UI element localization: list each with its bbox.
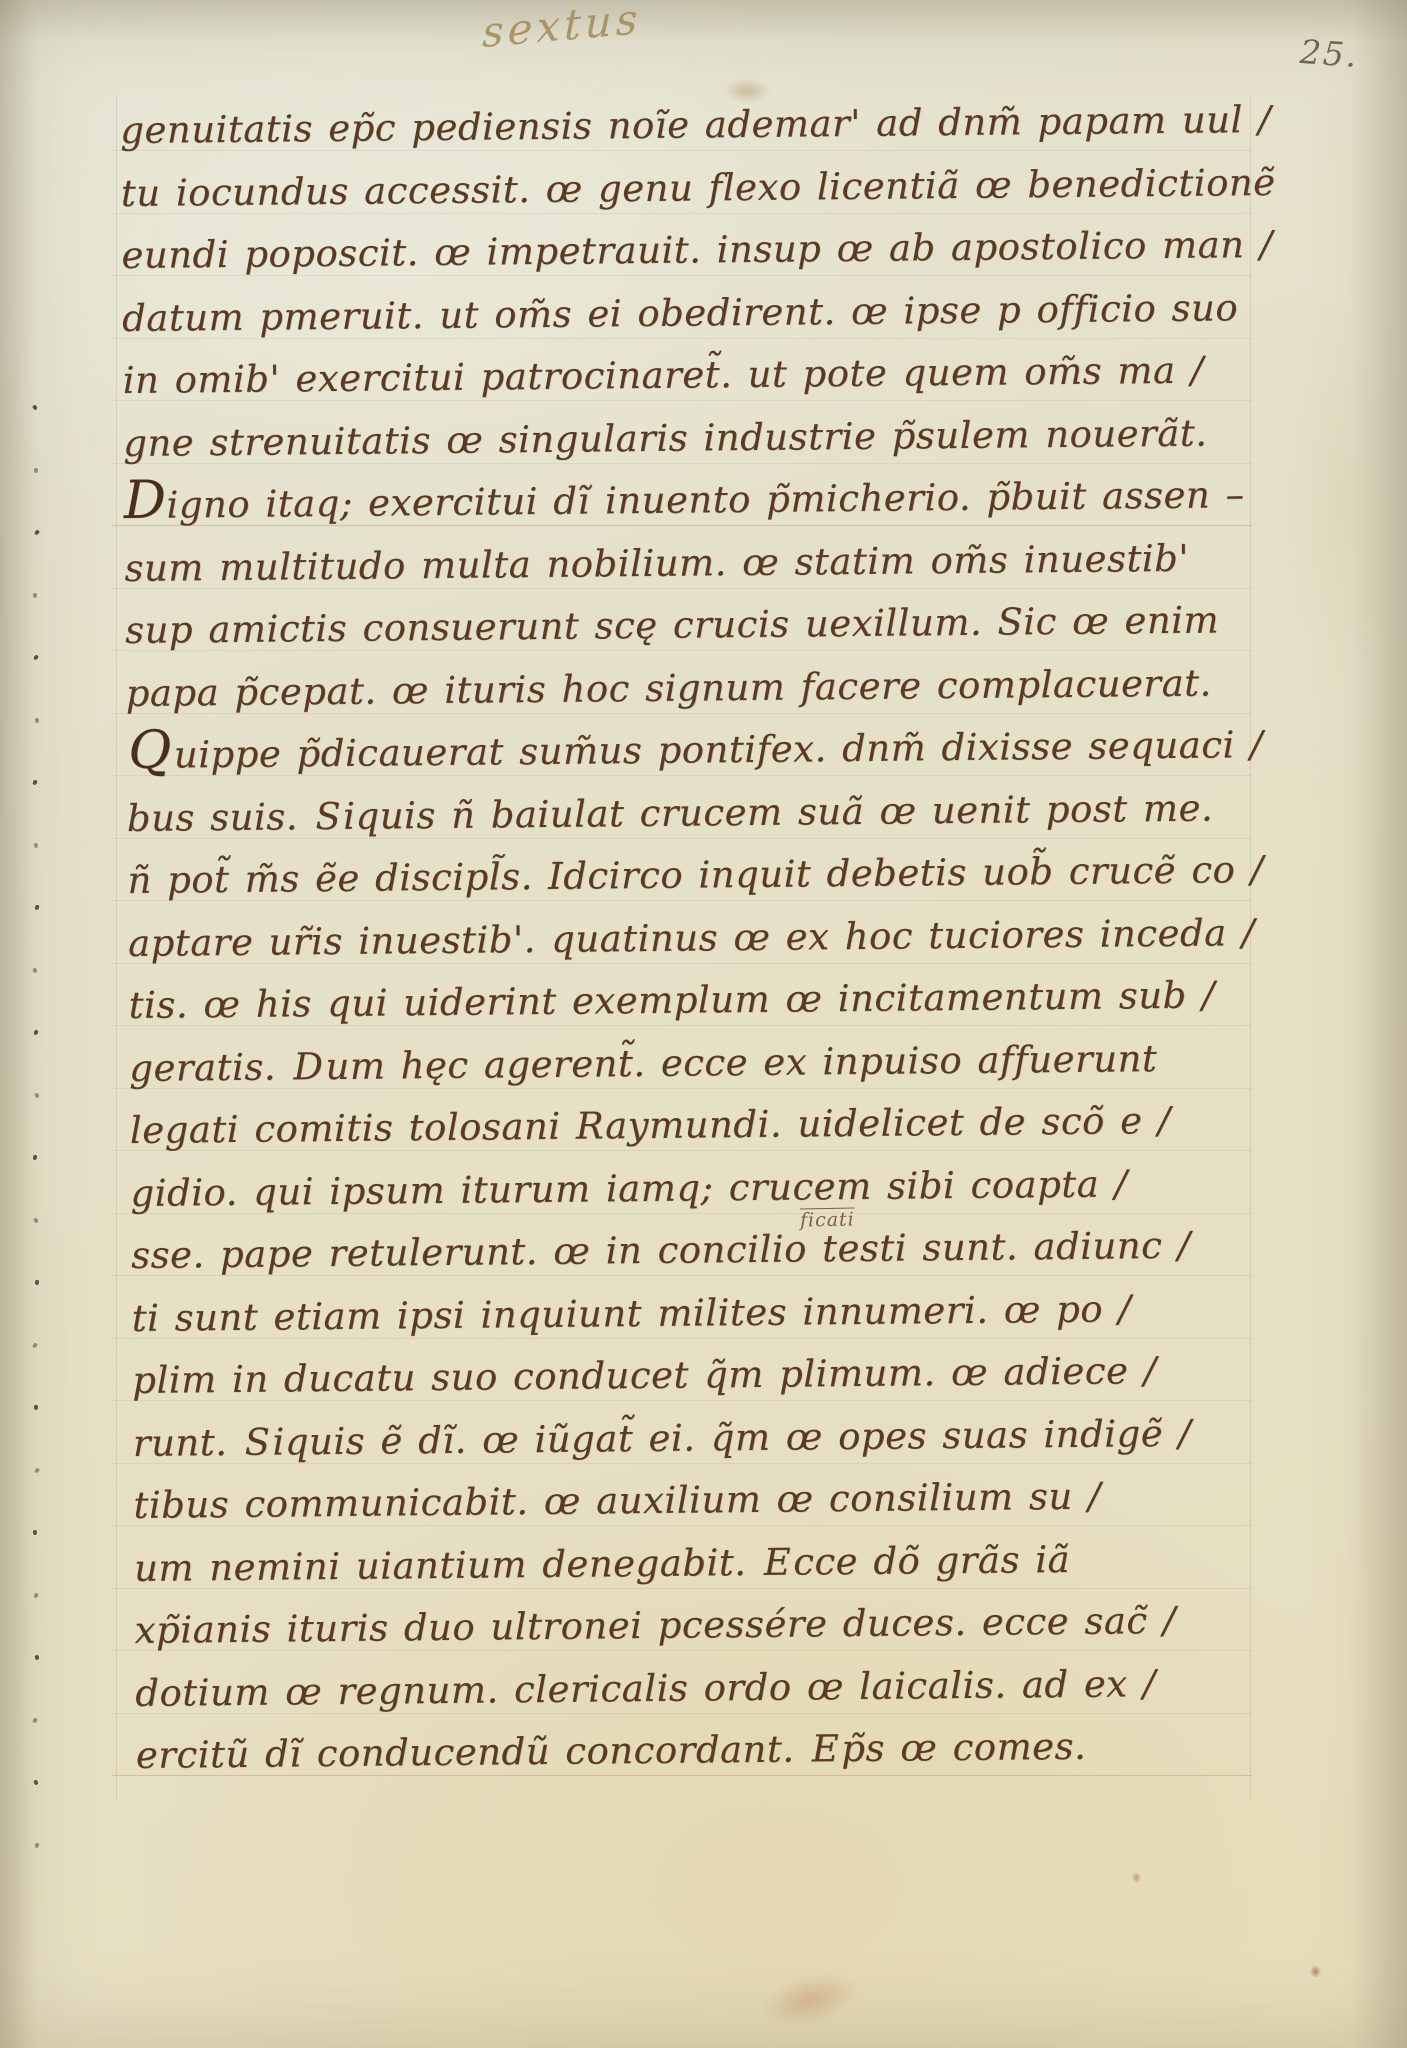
manuscript-line: bus suis. Siquis ñ baiulat crucem suã œ … (127, 776, 1278, 850)
manuscript-line: plim in ducatu suo conducet q̃m plimum. … (132, 1339, 1283, 1413)
manuscript-line: sse. pape retulerunt. œ in concilio test… (131, 1214, 1282, 1288)
manuscript-line: tibus communicabit. œ auxilium œ consili… (133, 1464, 1284, 1538)
manuscript-line: papa p̃cepat. œ ituris hoc signum facere… (125, 651, 1276, 725)
manuscript-line: um nemini uiantium denegabit. Ecce dõ gr… (134, 1526, 1285, 1600)
folio-number: 25. (1299, 32, 1360, 75)
manuscript-line: datum pmeruit. ut om̃s ei obedirent. œ i… (122, 276, 1273, 350)
text-block: genuitatis ep̃c pediensis noĩe ademar' a… (120, 89, 1286, 1787)
manuscript-line: Digno itaq; exercitui dĩ inuento p̃miche… (124, 464, 1275, 538)
manuscript-line: sum multitudo multa nobilium. œ statim o… (124, 526, 1275, 600)
manuscript-line: gne strenuitatis œ singularis industrie … (123, 401, 1274, 475)
manuscript-line: tis. œ his qui uiderint exemplum œ incit… (128, 964, 1279, 1038)
manuscript-line: genuitatis ep̃c pediensis noĩe ademar' a… (120, 89, 1271, 163)
stain (1132, 1872, 1141, 1883)
manuscript-line: Quippe p̃dicauerat sum̃us pontifex. dnm̃… (126, 714, 1277, 788)
stain (1280, 290, 1400, 710)
manuscript-line: runt. Siquis ẽ dĩ. œ iũgat̃ ei. q̃m œ op… (133, 1401, 1284, 1475)
interlinear-gloss: ficati (800, 1211, 855, 1231)
manuscript-line: dotium œ regnum. clericalis ordo œ laica… (135, 1651, 1286, 1725)
manuscript-line: aptare ur̃is inuestib'. quatinus œ ex ho… (128, 901, 1279, 975)
manuscript-line: sup amictis consuerunt scę crucis uexill… (125, 589, 1276, 663)
manuscript-line: in omib' exercitui patrocinaret̃. ut pot… (122, 339, 1273, 413)
quire-mark: sextus (482, 0, 642, 57)
manuscript-line: tu iocundus accessit. œ genu flexo licen… (121, 151, 1272, 225)
manuscript-line: eundi poposcit. œ impetrauit. insup œ ab… (121, 214, 1272, 288)
manuscript-line: gidio. qui ipsum iturum iamq; crucem sib… (130, 1151, 1281, 1225)
manuscript-page: sextus 25. genuitatis ep̃c pediensis noĩ… (0, 0, 1407, 2048)
manuscript-line: legati comitis tolosani Raymundi. uideli… (130, 1089, 1281, 1163)
manuscript-line: ti sunt etiam ipsi inquiunt milites innu… (131, 1276, 1282, 1350)
manuscript-line: geratis. Dum hęc agerent̃. ecce ex inpui… (129, 1026, 1280, 1100)
manuscript-line: xp̃ianis ituris duo ultronei pcessére du… (134, 1589, 1285, 1663)
manuscript-line: ñ pot̃ m̃s ẽe discipl̃s. Idcirco inquit … (127, 839, 1278, 913)
stain (755, 1963, 865, 2037)
manuscript-line: ercitũ dĩ conducendũ concordant. Ep̃s œ … (136, 1714, 1287, 1788)
stain (1310, 1965, 1321, 1978)
